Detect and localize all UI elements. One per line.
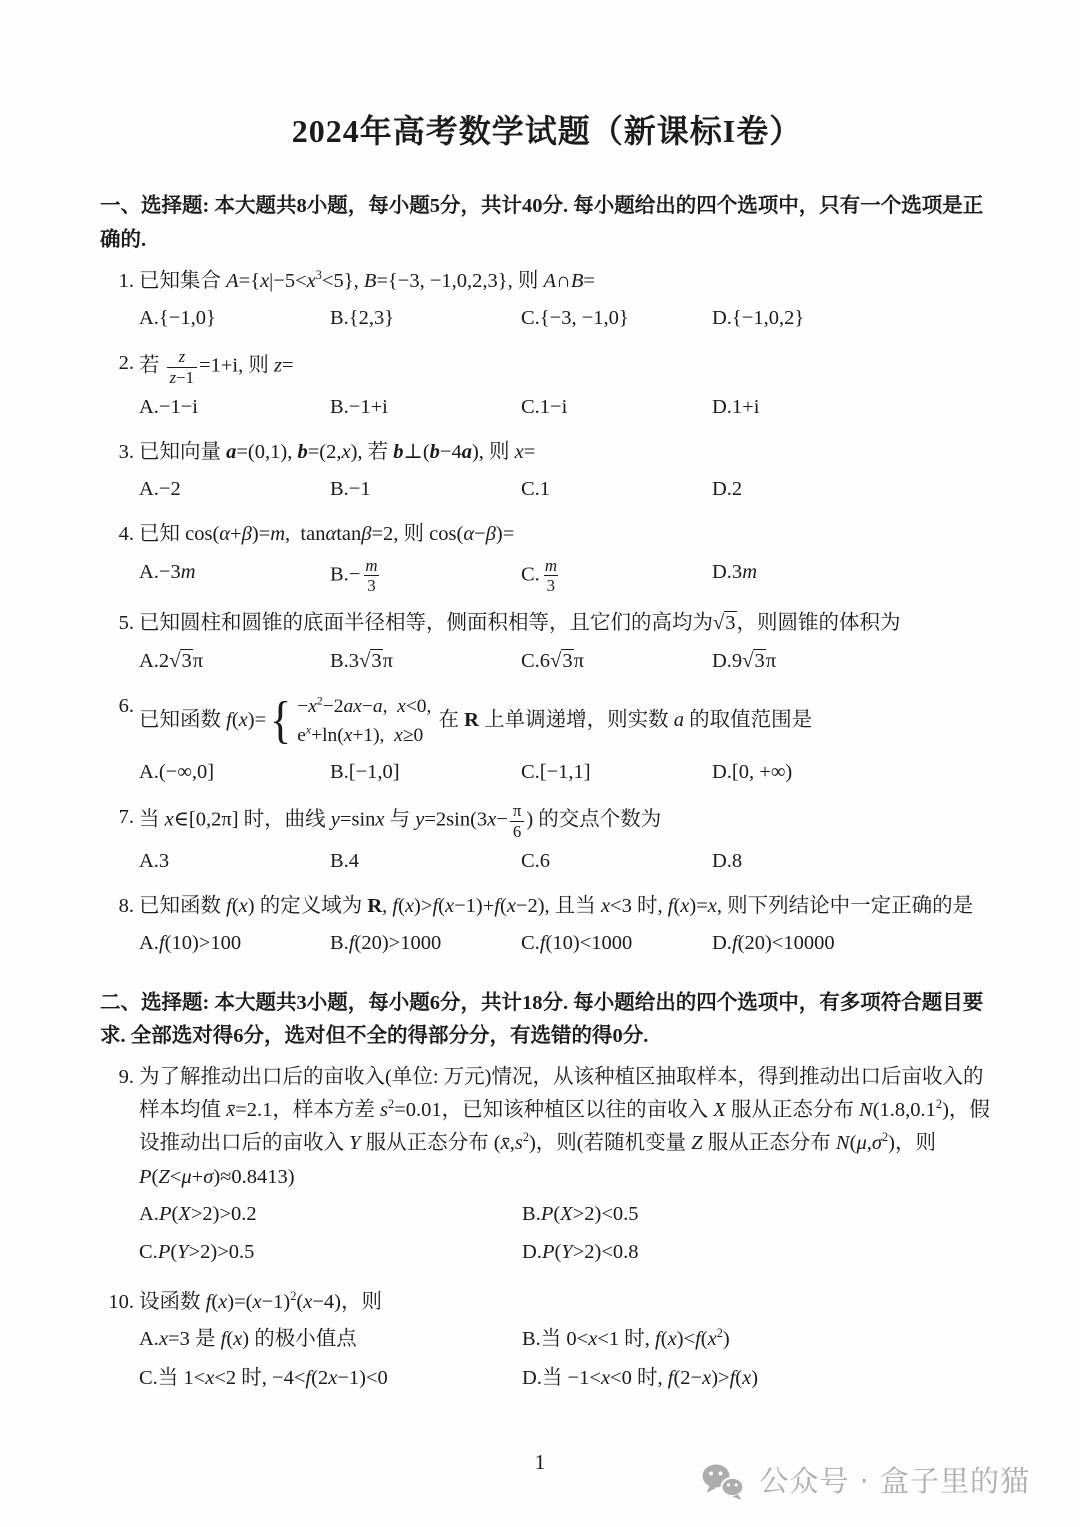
section-2-header: 二、选择题: 本大题共3小题，每小题6分，共计18分. 每小题给出的四个选项中，… — [100, 987, 994, 1053]
question-6-number: 6. — [100, 690, 139, 790]
question-8-number: 8. — [100, 890, 139, 960]
question-7-stem: 当 x∈[0,2π] 时，曲线 y=sinx 与 y=2sin(3x−π6) 的… — [139, 801, 994, 841]
question-2-option-a: A.−1−i — [139, 391, 330, 424]
section-1-header: 一、选择题: 本大题共8小题，每小题5分，共计40分. 每小题给出的四个选项中，… — [100, 190, 994, 256]
question-9-options: A.P(X>2)>0.2 B.P(X>2)<0.5 C.P(Y>2)>0.5 D… — [139, 1198, 994, 1274]
question-4-option-a: A.−3m — [139, 556, 330, 596]
section-multi-choice: 二、选择题: 本大题共3小题，每小题6分，共计18分. 每小题给出的四个选项中，… — [100, 987, 994, 1400]
question-8-options: A.f(10)>100 B.f(20)>1000 C.f(10)<1000 D.… — [139, 927, 994, 960]
question-9-number: 9. — [100, 1061, 139, 1274]
question-4-stem: 已知 cos(α+β)=m, tanαtanβ=2, 则 cos(α−β)= — [139, 518, 994, 551]
question-1-options: A.{−1,0} B.{2,3} C.{−3, −1,0} D.{−1,0,2} — [139, 302, 994, 335]
page-title: 2024年高考数学试题（新课标I卷） — [100, 112, 994, 150]
question-6-option-b: B.[−1,0] — [330, 756, 521, 789]
question-2-options: A.−1−i B.−1+i C.1−i D.1+i — [139, 391, 994, 424]
question-1: 1. 已知集合 A={x|−5<x3<5}, B={−3, −1,0,2,3},… — [100, 265, 994, 335]
question-6-stem: 已知函数 f(x)={−x2−2ax−a, x<0,ex+ln(x+1), x≥… — [139, 690, 994, 752]
question-10-number: 10. — [100, 1286, 139, 1400]
question-8-option-b: B.f(20)>1000 — [330, 927, 521, 960]
question-8-option-d: D.f(20)<10000 — [712, 927, 835, 960]
question-5-options: A.2√3π B.3√3π C.6√3π D.9√3π — [139, 645, 994, 678]
question-7-option-d: D.8 — [712, 845, 742, 878]
question-7-option-c: C.6 — [521, 845, 712, 878]
question-10-option-d: D.当 −1<x<0 时, f(2−x)>f(x) — [522, 1362, 905, 1395]
question-5-option-a: A.2√3π — [139, 645, 330, 678]
question-2: 2. 若 zz−1=1+i, 则 z= A.−1−i B.−1+i C.1−i … — [100, 347, 994, 424]
question-9-stem: 为了解推动出口后的亩收入(单位: 万元)情况，从该种植区抽取样本，得到推动出口后… — [139, 1061, 994, 1194]
question-8-stem: 已知函数 f(x) 的定义域为 R, f(x)>f(x−1)+f(x−2), 且… — [139, 890, 994, 923]
question-3-option-a: A.−2 — [139, 473, 330, 506]
question-6-option-d: D.[0, +∞) — [712, 756, 792, 789]
question-7-options: A.3 B.4 C.6 D.8 — [139, 845, 994, 878]
question-7-option-a: A.3 — [139, 845, 330, 878]
question-4: 4. 已知 cos(α+β)=m, tanαtanβ=2, 则 cos(α−β)… — [100, 518, 994, 595]
question-5-option-b: B.3√3π — [330, 645, 521, 678]
question-2-option-c: C.1−i — [521, 391, 712, 424]
question-1-option-d: D.{−1,0,2} — [712, 302, 804, 335]
question-9-option-a: A.P(X>2)>0.2 — [139, 1198, 522, 1231]
question-2-option-d: D.1+i — [712, 391, 759, 424]
question-8: 8. 已知函数 f(x) 的定义域为 R, f(x)>f(x−1)+f(x−2)… — [100, 890, 994, 960]
question-1-number: 1. — [100, 265, 139, 335]
question-1-option-b: B.{2,3} — [330, 302, 521, 335]
question-1-option-c: C.{−3, −1,0} — [521, 302, 712, 335]
exam-page: 2024年高考数学试题（新课标I卷） 一、选择题: 本大题共8小题，每小题5分，… — [0, 0, 1080, 1527]
watermark-text: 公众号 · 盒子里的猫 — [759, 1458, 1030, 1505]
question-10: 10. 设函数 f(x)=(x−1)2(x−4)，则 A.x=3 是 f(x) … — [100, 1286, 994, 1400]
question-6: 6. 已知函数 f(x)={−x2−2ax−a, x<0,ex+ln(x+1),… — [100, 690, 994, 790]
question-2-option-b: B.−1+i — [330, 391, 521, 424]
question-8-option-a: A.f(10)>100 — [139, 927, 330, 960]
question-6-options: A.(−∞,0] B.[−1,0] C.[−1,1] D.[0, +∞) — [139, 756, 994, 789]
question-10-options: A.x=3 是 f(x) 的极小值点 B.当 0<x<1 时, f(x)<f(x… — [139, 1323, 994, 1399]
question-10-option-a: A.x=3 是 f(x) 的极小值点 — [139, 1323, 522, 1356]
wechat-icon — [701, 1462, 747, 1502]
question-1-stem: 已知集合 A={x|−5<x3<5}, B={−3, −1,0,2,3}, 则 … — [139, 265, 994, 298]
question-9-option-c: C.P(Y>2)>0.5 — [139, 1236, 522, 1269]
question-5-number: 5. — [100, 607, 139, 677]
question-9-option-b: B.P(X>2)<0.5 — [522, 1198, 905, 1231]
question-3: 3. 已知向量 a=(0,1), b=(2,x), 若 b⊥(b−4a), 则 … — [100, 436, 994, 506]
question-7-number: 7. — [100, 801, 139, 878]
question-3-options: A.−2 B.−1 C.1 D.2 — [139, 473, 994, 506]
question-10-stem: 设函数 f(x)=(x−1)2(x−4)，则 — [139, 1286, 994, 1319]
question-4-options: A.−3m B.−m3 C.m3 D.3m — [139, 556, 994, 596]
question-8-option-c: C.f(10)<1000 — [521, 927, 712, 960]
question-7: 7. 当 x∈[0,2π] 时，曲线 y=sinx 与 y=2sin(3x−π6… — [100, 801, 994, 878]
question-5-stem: 已知圆柱和圆锥的底面半径相等，侧面积相等，且它们的高均为√3，则圆锥的体积为 — [139, 607, 994, 640]
question-1-option-a: A.{−1,0} — [139, 302, 330, 335]
question-10-option-c: C.当 1<x<2 时, −4<f(2x−1)<0 — [139, 1362, 522, 1395]
question-2-number: 2. — [100, 347, 139, 424]
question-2-stem: 若 zz−1=1+i, 则 z= — [139, 347, 994, 387]
question-3-number: 3. — [100, 436, 139, 506]
question-9: 9. 为了解推动出口后的亩收入(单位: 万元)情况，从该种植区抽取样本，得到推动… — [100, 1061, 994, 1274]
question-4-option-d: D.3m — [712, 556, 757, 596]
question-3-option-d: D.2 — [712, 473, 742, 506]
question-10-option-b: B.当 0<x<1 时, f(x)<f(x2) — [522, 1323, 905, 1356]
question-3-option-c: C.1 — [521, 473, 712, 506]
question-5-option-c: C.6√3π — [521, 645, 712, 678]
question-3-option-b: B.−1 — [330, 473, 521, 506]
question-9-option-d: D.P(Y>2)<0.8 — [522, 1236, 905, 1269]
question-7-option-b: B.4 — [330, 845, 521, 878]
question-6-option-c: C.[−1,1] — [521, 756, 712, 789]
section-single-choice: 一、选择题: 本大题共8小题，每小题5分，共计40分. 每小题给出的四个选项中，… — [100, 190, 994, 960]
question-3-stem: 已知向量 a=(0,1), b=(2,x), 若 b⊥(b−4a), 则 x= — [139, 436, 994, 469]
question-6-option-a: A.(−∞,0] — [139, 756, 330, 789]
question-4-option-c: C.m3 — [521, 556, 712, 596]
question-4-option-b: B.−m3 — [330, 556, 521, 596]
question-5-option-d: D.9√3π — [712, 645, 776, 678]
question-4-number: 4. — [100, 518, 139, 595]
question-5: 5. 已知圆柱和圆锥的底面半径相等，侧面积相等，且它们的高均为√3，则圆锥的体积… — [100, 607, 994, 677]
watermark: 公众号 · 盒子里的猫 — [701, 1458, 1030, 1505]
